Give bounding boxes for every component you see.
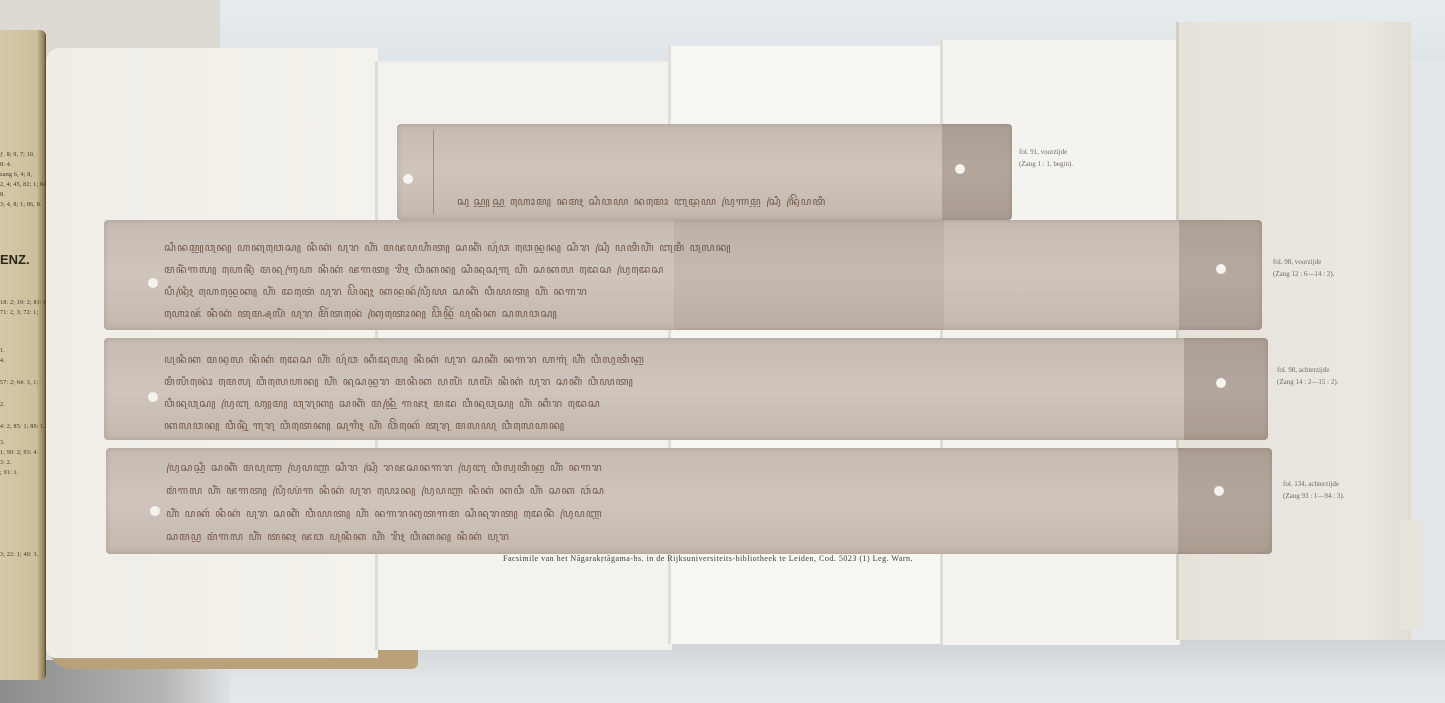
- folio-label: fol. 134, achterzijde: [1283, 478, 1344, 490]
- string-hole: [955, 164, 965, 174]
- index-line: 3.: [0, 440, 5, 446]
- string-hole: [150, 506, 160, 516]
- plate-torn-edge: [1400, 520, 1422, 630]
- script-line: ꦱ꧀ꦮꦱ꧀ꦠꦾꦱ꧀ꦠꦸ ꦲꦺꦴꦩ꧀ ꦤꦩꦃ ꦱꦶꦮꦪ ꦤꦩꦺꦴ ꦧꦸꦢ꧀ꦝꦪ ꦥ…: [457, 194, 972, 207]
- margin-rule: [433, 130, 434, 214]
- index-line: 3; 4, 8; 1; 86, 8.: [0, 202, 42, 208]
- index-line: ; 91: 1.: [0, 470, 18, 476]
- palm-leaf-fol-91-recto: ꦱ꧀ꦮꦱ꧀ꦠꦾꦱ꧀ꦠꦸ ꦲꦺꦴꦩ꧀ ꦤꦩꦃ ꦱꦶꦮꦪ ꦤꦩꦺꦴ ꦧꦸꦢ꧀ꦝꦪ ꦥ…: [397, 124, 1012, 220]
- script-line: ꦏꦭꦮꦤ꧀ ꦮꦶꦤ꧀ꦤꦶꦁ ꦒꦸꦫꦸ ꦮꦶꦠꦺꦏ꧀ ꦱꦸꦒꦶꦃ ꦲꦶꦁ ꦮꦼꦁꦏ…: [164, 418, 1228, 431]
- index-line: 2, 4; 45, 82; 1; 84;: [0, 182, 46, 188]
- script-line: ꦥꦿꦱꦱ꧀ꦠꦶ ꦱꦏꦶꦁ ꦩꦥꦸꦚ꧀ꦗ ꦥꦿꦥꦚ꧀ꦕ ꦱꦶꦫ ꦱꦿꦶ ꦫꦗꦱꦤꦒ…: [166, 460, 1232, 473]
- script-line: ꦲꦺꦴꦗꦂ ꦤꦶꦏꦁ ꦠꦸꦩ꧀ꦱꦸꦭꦶꦁ ꦥꦸꦫ ꦩꦼꦂꦠꦤꦺꦁ ꦏꦿꦠꦺꦴꦤ꧀…: [164, 306, 1222, 319]
- canto-label: (Zang 14 : 2—15 : 2).: [1277, 376, 1338, 388]
- folio-label: fol. 91, voorzijde: [1019, 146, 1073, 158]
- leaf-label: fol. 98, voorzijde (Zang 12 : 6—14 : 2).: [1273, 256, 1334, 280]
- folio-label: fol. 98, achterzijde: [1277, 364, 1338, 376]
- string-hole: [403, 174, 413, 184]
- script-line: ꦱꦩꦥ꧀ꦠ ꦩꦁꦒꦭ ꦲꦶꦁ ꦠꦤꦃ ꦗꦮ ꦥꦸꦤꦶꦏ ꦲꦶꦁ ꦫꦶꦃ ꦮꦶꦏꦤ…: [166, 529, 1232, 542]
- index-line: 2.: [0, 402, 5, 408]
- index-line: 57: 2; 64: 3, 1;: [0, 380, 38, 386]
- script-line: ꦲꦶꦁ ꦥꦏꦂ ꦤꦶꦏꦁ ꦥꦸꦫ ꦱꦏꦶꦁ ꦮꦶꦪꦠ꧀ ꦲꦶꦁ ꦤꦒꦫꦏꦽꦠꦒꦩ…: [166, 506, 1232, 519]
- index-line: 8: 4.: [0, 162, 12, 168]
- index-line: 8.: [0, 192, 5, 198]
- canto-label: (Zang 93 : 1—94 : 3).: [1283, 490, 1344, 502]
- leaf-label: fol. 134, achterzijde (Zang 93 : 1—94 : …: [1283, 478, 1344, 502]
- index-line: ƒ. 8; 9, 7; 10,: [0, 152, 35, 158]
- script-line: ꦥꦶꦤꦿꦶꦃ ꦲꦺꦤ꧀ꦠꦺꦏ꧀ ꦲꦶꦁ ꦢꦠꦺꦁ ꦥꦸꦫ ꦥꦼꦤꦸꦃ ꦏꦤ꧀ꦩꦤ…: [164, 284, 1222, 297]
- index-line: 71: 2, 3; 72: 1;: [0, 310, 38, 316]
- script-line: ꦩꦶꦭꦶꦤꦺꦴꦁ ꦩꦺꦭꦸ ꦮꦶꦭꦺꦲꦤ꧀ ꦲꦶꦁ ꦤꦸꦱꦤ꧀ꦠꦫ ꦩꦤꦶꦏ ꦥ…: [164, 374, 1228, 387]
- canto-label: (Zang 1 : 1, begin).: [1019, 158, 1073, 170]
- palm-leaf-fol-98-recto: ꦱꦶꦤꦩ꧀ꦧꦾꦮꦸꦤ꧀ ꦲꦏꦸꦮꦺꦱ꧀ ꦤꦶꦏꦁ ꦥꦸꦫ ꦲꦶꦁ ꦩꦗꦥꦲꦶꦠ꧀…: [104, 220, 1262, 330]
- index-line: 1; 90: 2; 93: 4: [0, 450, 37, 456]
- index-line: 4.: [0, 358, 5, 364]
- palm-leaf-fol-134-verso: ꦥꦿꦱꦱ꧀ꦠꦶ ꦱꦏꦶꦁ ꦩꦥꦸꦚ꧀ꦗ ꦥꦿꦥꦚ꧀ꦕ ꦱꦶꦫ ꦱꦿꦶ ꦫꦗꦱꦤꦒ…: [106, 448, 1272, 554]
- palm-leaf-fol-98-verso: ꦥꦸꦤꦶꦏ ꦩꦤ꧀ꦢꦭ ꦤꦶꦏꦁ ꦢꦺꦱ ꦲꦶꦁ ꦥꦸꦂꦮ ꦏꦶꦢꦸꦭ꧀ ꦤꦶꦏ…: [104, 338, 1268, 440]
- index-line: 18: 2; 19: 2; 81: 6;: [0, 300, 46, 306]
- index-heading: ENZ.: [0, 252, 30, 267]
- script-line: ꦥꦸꦤꦶꦏ ꦩꦤ꧀ꦢꦭ ꦤꦶꦏꦁ ꦢꦺꦱ ꦲꦶꦁ ꦥꦸꦂꦮ ꦏꦶꦢꦸꦭ꧀ ꦤꦶꦏ…: [164, 352, 1228, 365]
- leaf-label: fol. 98, achterzijde (Zang 14 : 2—15 : 2…: [1277, 364, 1338, 388]
- index-line: 1.: [0, 348, 5, 354]
- index-line: 3; 22: 1; 40: 3.: [0, 552, 38, 558]
- script-line: ꦮꦶꦤꦸꦮꦸꦱ꧀ ꦥꦿꦧꦸ ꦲꦾꦩ꧀ ꦮꦸꦫꦸꦏ꧀ ꦱꦏꦶꦁ ꦩꦤ꧀ꦠꦿꦶ ꦒꦗ…: [164, 396, 1228, 409]
- plate-caption: Facsimile van het Nāgarakṛtāgama-hs. in …: [503, 554, 913, 563]
- index-line: zang 6, 4; 8,: [0, 172, 32, 178]
- leaf-label: fol. 91, voorzijde (Zang 1 : 1, begin).: [1019, 146, 1073, 170]
- script-line: ꦱꦶꦤꦩ꧀ꦧꦾꦮꦸꦤ꧀ ꦲꦏꦸꦮꦺꦱ꧀ ꦤꦶꦏꦁ ꦥꦸꦫ ꦲꦶꦁ ꦩꦗꦥꦲꦶꦠ꧀…: [164, 240, 1222, 253]
- string-hole: [148, 392, 158, 402]
- index-line: 3: 2.: [0, 460, 12, 466]
- index-line: 4: 2; 85: 1; 89: 1.: [0, 424, 45, 430]
- canto-label: (Zang 12 : 6—14 : 2).: [1273, 268, 1334, 280]
- string-hole: [148, 278, 158, 288]
- script-line: ꦩꦁꦒꦭ ꦲꦶꦁ ꦗꦒꦠ꧀ ꦥꦿꦶꦪꦁꦒ ꦤꦶꦏꦁ ꦥꦸꦫ ꦥꦺꦴꦤ꧀ ꦥꦿꦥꦚ…: [166, 483, 1232, 496]
- book-left-page: ƒ. 8; 9, 7; 10, 8: 4. zang 6, 4; 8, 2, 4…: [0, 30, 46, 680]
- script-line: ꦩꦤꦶꦁꦒꦭ꧀ ꦲꦺꦤ꧀ꦢꦶꦁ ꦩꦤꦸꦒꦿꦲ ꦤꦶꦏꦁ ꦗꦒꦠ꧀ ꦫꦶꦃ ꦮꦶꦏ…: [164, 262, 1222, 275]
- folio-label: fol. 98, voorzijde: [1273, 256, 1334, 268]
